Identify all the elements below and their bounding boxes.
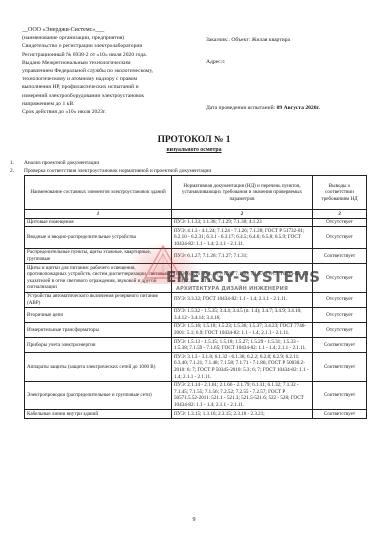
address: Адрес:г. <box>206 58 225 66</box>
column-numbers-row: 1 2 3 <box>25 210 367 219</box>
registration-line: Регистрационный № 6938-2 от «10» июля 20… <box>22 51 207 59</box>
test-date-label: Дата проведения испытаний: <box>206 105 277 111</box>
list-item: 2. Проверка соответствия электроустаново… <box>10 167 211 175</box>
table-row: Кабельные линии внутри зданий ПУЭ: 1.3.1… <box>25 410 367 419</box>
customer-object: Заказчик:. Объект: Жилая квартира <box>206 36 290 44</box>
result-cell: Отсутствует <box>313 227 367 249</box>
result-cell: Соответствует <box>313 353 367 381</box>
nd-cell: ПУЭ: 1.5.32 - 1.5.35; 3.4.4; 3.4.5 (п. 1… <box>172 307 313 322</box>
step-text: Проверка соответствия электроустановок н… <box>24 167 211 175</box>
nd-cell: ПУЭ: 6.4.16 - 6.4.18; 7.1.20; 7.1.56; 7.… <box>172 264 313 292</box>
result-cell: Отсутствует <box>313 292 367 307</box>
organization-info: __ООО «Энерджи-Системс»___ (наименование… <box>22 26 207 116</box>
nd-cell: ПУЭ: 1.5.13 - 1.5.15; 1.5.18; 1.5.27; 1.… <box>172 338 313 353</box>
validity-line: Срок действия до «10» июля 2023г. <box>22 108 207 116</box>
step-number: 1. <box>10 159 24 167</box>
nd-cell: ПУЭ: 3.1.3 - 3.1.8; 6.1.32 - 6.1.36; 6.2… <box>172 353 313 381</box>
table-row: Аппараты защиты (защита электрических се… <box>25 353 367 381</box>
element-cell: Вводные и вводно-распределительные устро… <box>25 227 172 249</box>
issuer-line-1: Выдано Межрегиональным технологическим <box>22 59 207 67</box>
table-row: Щиты и щитки для питания: рабочего освещ… <box>25 264 367 292</box>
nd-cell: ПУЭ: 4.1.3 - 4.1.24; 7.1.24 - 7.1.26; 7.… <box>172 227 313 249</box>
result-cell: Отсутствует <box>313 322 367 337</box>
header-element: Наименование составных элементов электро… <box>25 176 172 210</box>
nd-cell: ПУЭ: 3.3.32; ГОСТ 10434-82: 1.1 - 1.4; 2… <box>172 292 313 307</box>
result-cell: Соответствует <box>313 248 367 263</box>
result-cell: Соответствует <box>313 410 367 419</box>
table-row: Распределительные пункты, щиты этажные, … <box>25 248 367 263</box>
header-result: Выводы о соответствии требованиям НД <box>313 176 367 210</box>
table-row: Вводные и вводно-распределительные устро… <box>25 227 367 249</box>
table-row: Устройства автоматического включения рез… <box>25 292 367 307</box>
table-row: Приборы учета электроэнергии ПУЭ: 1.5.13… <box>25 338 367 353</box>
nd-cell: ПУЭ: 1.5.16; 1.5.18; 1.5.23; 1.5.36; 1.5… <box>172 322 313 337</box>
table-header-row: Наименование составных элементов электро… <box>25 176 367 210</box>
certificate-line: Свидетельство о регистрации электролабор… <box>22 42 207 50</box>
nd-cell: ПУЭ: 6.1.27; 7.1.26; 7.1.27; 7.1.31; <box>172 248 313 263</box>
organization-name: __ООО «Энерджи-Системс»___ <box>22 26 207 34</box>
test-date-value: 09 Августа 2020г. <box>277 105 320 111</box>
result-cell: Соответствует <box>313 381 367 409</box>
step-number: 2. <box>10 167 24 175</box>
test-date: Дата проведения испытаний: 09 Августа 20… <box>206 104 320 112</box>
header-nd: Нормативная документация (НД) и перечень… <box>172 176 313 210</box>
element-cell: Кабельные линии внутри зданий <box>25 410 172 419</box>
voltage-line: напряжением до 1 кВ. <box>22 100 207 108</box>
issuer-line-5: измерений электрооборудовании электроуст… <box>22 92 207 100</box>
result-cell: Соответствует <box>313 338 367 353</box>
table-row: Измерительные трансформаторы ПУЭ: 1.5.16… <box>25 322 367 337</box>
org-caption: (наименование организации, предприятия) <box>22 34 207 42</box>
element-cell: Приборы учета электроэнергии <box>25 338 172 353</box>
element-cell: Аппараты защиты (защита электрических се… <box>25 353 172 381</box>
element-cell: Электропроводки (распределительные и гру… <box>25 381 172 409</box>
nd-cell: ПУЭ: 1.1.33; 1.1.36; 7.1.29; 7.1.30; 4.1… <box>172 218 313 227</box>
element-cell: Устройства автоматического включения рез… <box>25 292 172 307</box>
column-number: 1 <box>25 210 172 219</box>
element-cell: Щитовые помещения <box>25 218 172 227</box>
column-number: 2 <box>172 210 313 219</box>
element-cell: Щиты и щитки для питания: рабочего освещ… <box>25 264 172 292</box>
result-cell: Отсутствует <box>313 264 367 292</box>
inspection-table: Наименование составных элементов электро… <box>24 175 367 419</box>
page-subtitle: визуального осмотра <box>0 147 388 153</box>
page-title: ПРОТОКОЛ № 1 <box>0 135 388 145</box>
steps-list: 1. Анализ проектной документации 2. Пров… <box>10 159 211 175</box>
table-row: Вторичные цепи ПУЭ: 1.5.32 - 1.5.35; 3.4… <box>25 307 367 322</box>
element-cell: Вторичные цепи <box>25 307 172 322</box>
result-cell: Отсутствует <box>313 218 367 227</box>
list-item: 1. Анализ проектной документации <box>10 159 211 167</box>
table-row: Щитовые помещения ПУЭ: 1.1.33; 1.1.36; 7… <box>25 218 367 227</box>
column-number: 3 <box>313 210 367 219</box>
element-cell: Измерительные трансформаторы <box>25 322 172 337</box>
result-cell: Отсутствует <box>313 307 367 322</box>
nd-cell: ПУЭ: 2.1.14 - 2.1.61; 2.1.66 - 2.1.79; 6… <box>172 381 313 409</box>
nd-cell: ПУЭ: 1.3.15; 1.3.16; 2.3.15; 2.3.18 - 2.… <box>172 410 313 419</box>
page-number: 9 <box>0 517 388 523</box>
issuer-line-3: технологическому и атомному надзору с пр… <box>22 75 207 83</box>
issuer-line-4: выполнения НР, профилактических испытани… <box>22 83 207 91</box>
step-text: Анализ проектной документации <box>24 159 99 167</box>
issuer-line-2: управлением Федеральной службы по эколог… <box>22 67 207 75</box>
table-row: Электропроводки (распределительные и гру… <box>25 381 367 409</box>
element-cell: Распределительные пункты, щиты этажные, … <box>25 248 172 263</box>
